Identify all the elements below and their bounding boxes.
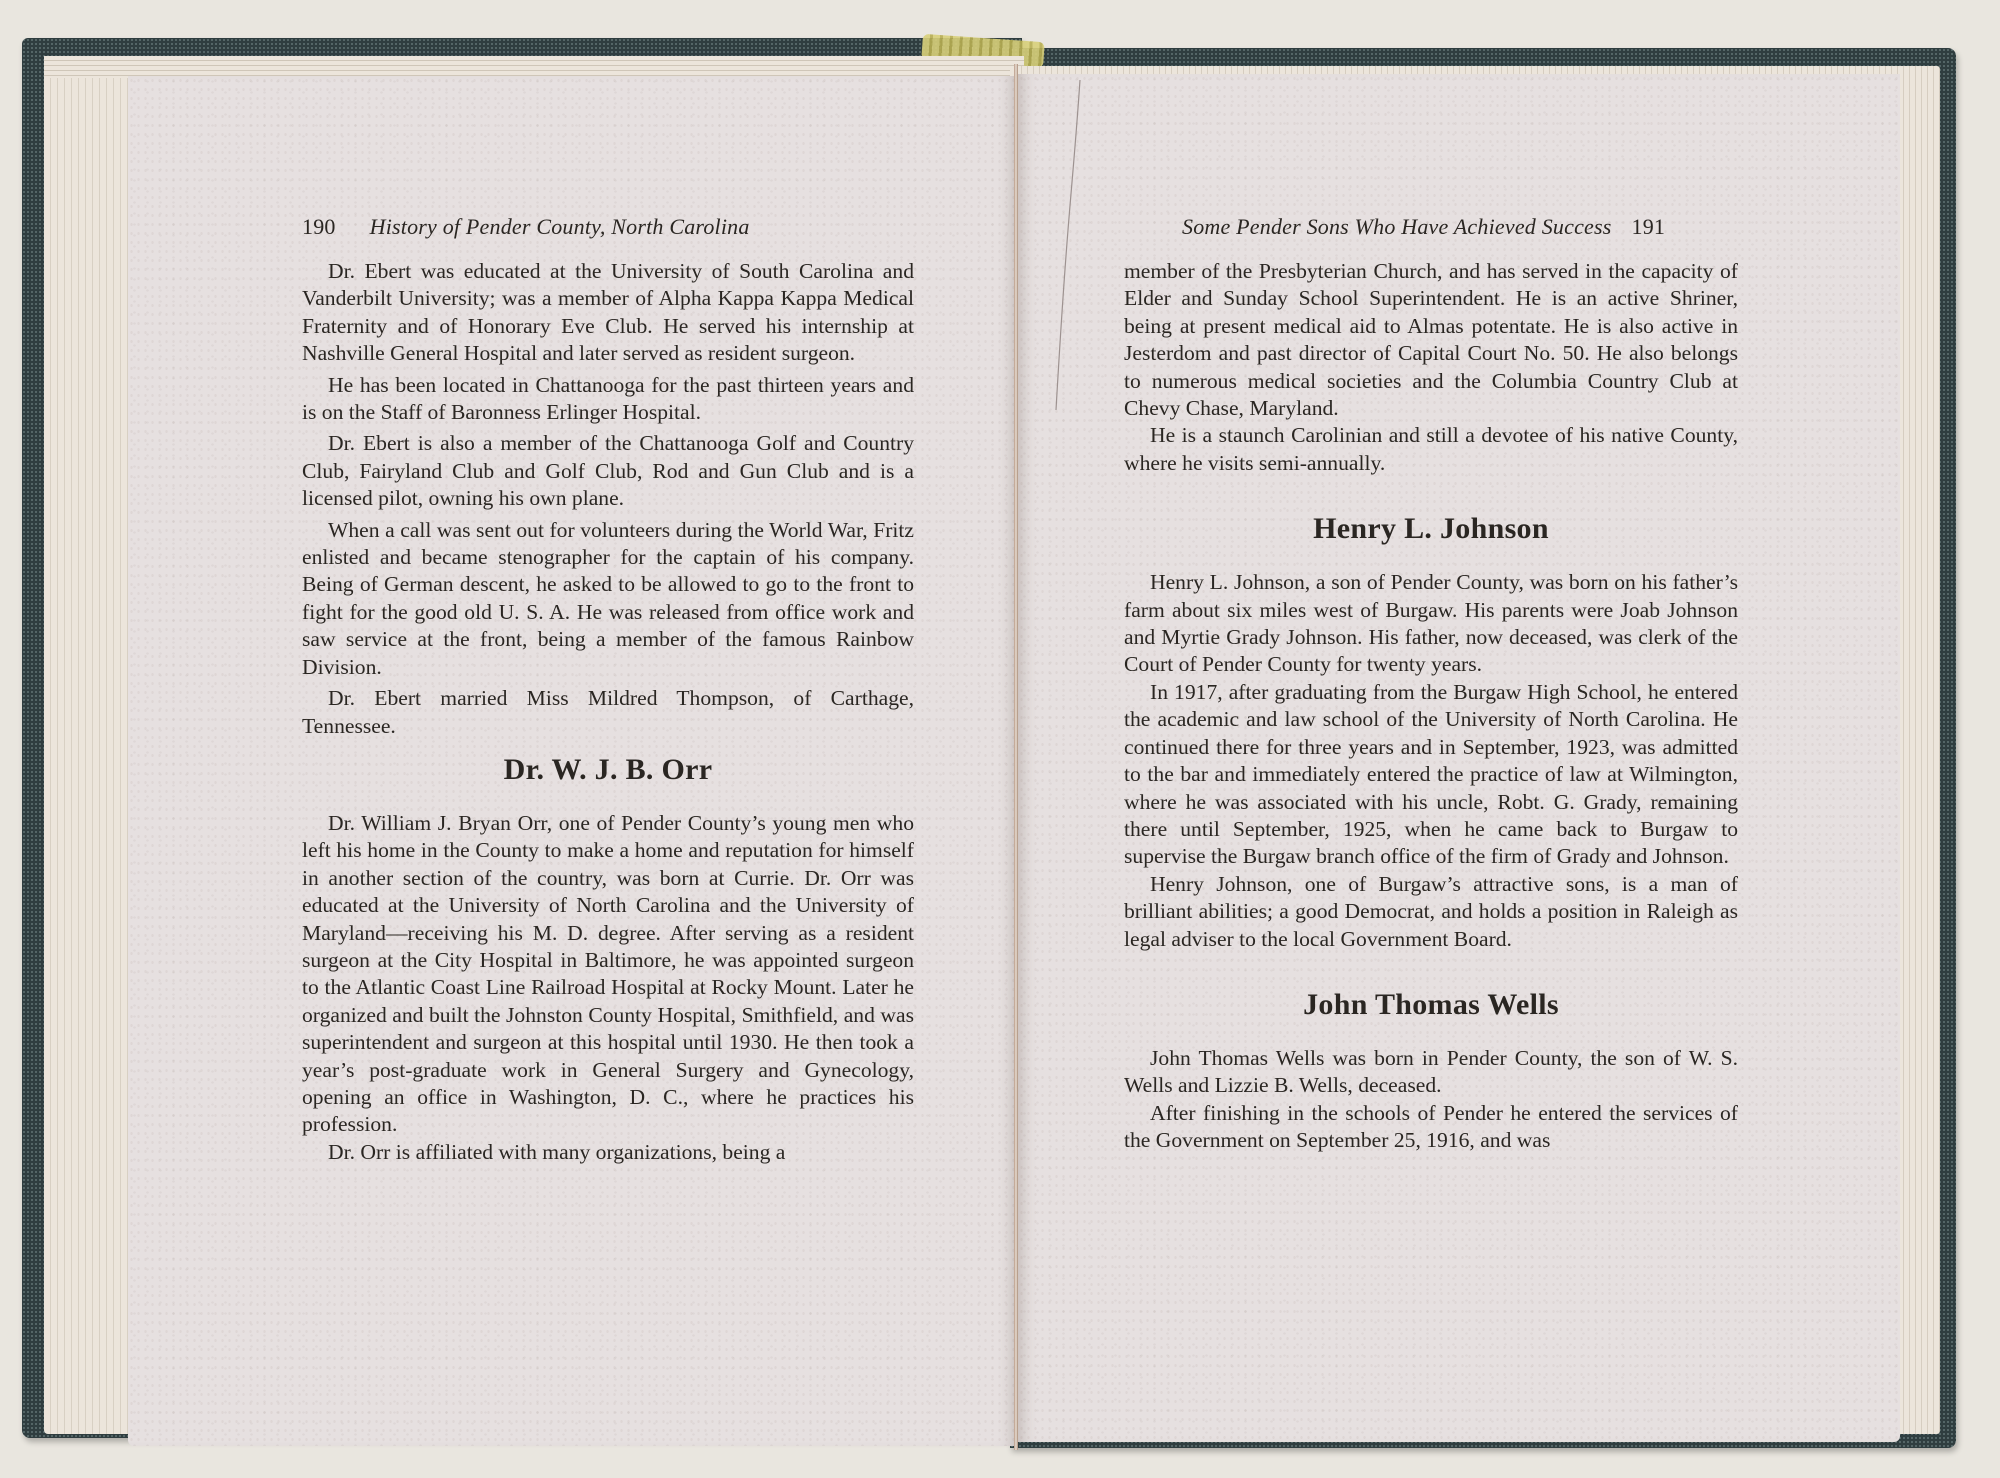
book-gutter [1014, 64, 1018, 1450]
paragraph: Dr. Ebert is also a member of the Chatta… [302, 430, 914, 512]
left-page-body: Dr. Ebert was educated at the University… [302, 258, 914, 1166]
right-page-body: member of the Presbyterian Church, and h… [1124, 258, 1738, 1155]
paragraph: Dr. Orr is affiliated with many organiza… [302, 1139, 914, 1166]
running-head-left: 190History of Pender County, North Carol… [302, 214, 750, 240]
section-heading-orr: Dr. W. J. B. Orr [302, 752, 914, 788]
paragraph: After finishing in the schools of Pender… [1124, 1100, 1738, 1155]
page-stack-left-top-edge [44, 56, 1024, 78]
paragraph: He has been located in Chattanooga for t… [302, 372, 914, 427]
paragraph: When a call was sent out for volunteers … [302, 517, 914, 681]
running-head-title-right: Some Pender Sons Who Have Achieved Succe… [1182, 214, 1612, 239]
section-heading-johnson: Henry L. Johnson [1124, 511, 1738, 547]
paragraph: Henry Johnson, one of Burgaw’s attractiv… [1124, 871, 1738, 953]
paragraph: Dr. William J. Bryan Orr, one of Pender … [302, 810, 914, 1139]
section-heading-wells: John Thomas Wells [1124, 987, 1738, 1023]
page-number-right: 191 [1632, 214, 1666, 239]
paragraph: John Thomas Wells was born in Pender Cou… [1124, 1045, 1738, 1100]
paragraph: Henry L. Johnson, a son of Pender County… [1124, 569, 1738, 679]
paragraph: He is a staunch Carolinian and still a d… [1124, 422, 1738, 477]
page-number-left: 190 [302, 214, 336, 239]
paragraph: Dr. Ebert married Miss Mildred Thompson,… [302, 685, 914, 740]
paragraph: member of the Presbyterian Church, and h… [1124, 258, 1738, 422]
page-crease-mark [1048, 80, 1088, 410]
running-head-title-left: History of Pender County, North Carolina [370, 214, 750, 239]
running-head-right: Some Pender Sons Who Have Achieved Succe… [1182, 214, 1665, 240]
paragraph: Dr. Ebert was educated at the University… [302, 258, 914, 368]
paragraph: In 1917, after graduating from the Burga… [1124, 679, 1738, 871]
